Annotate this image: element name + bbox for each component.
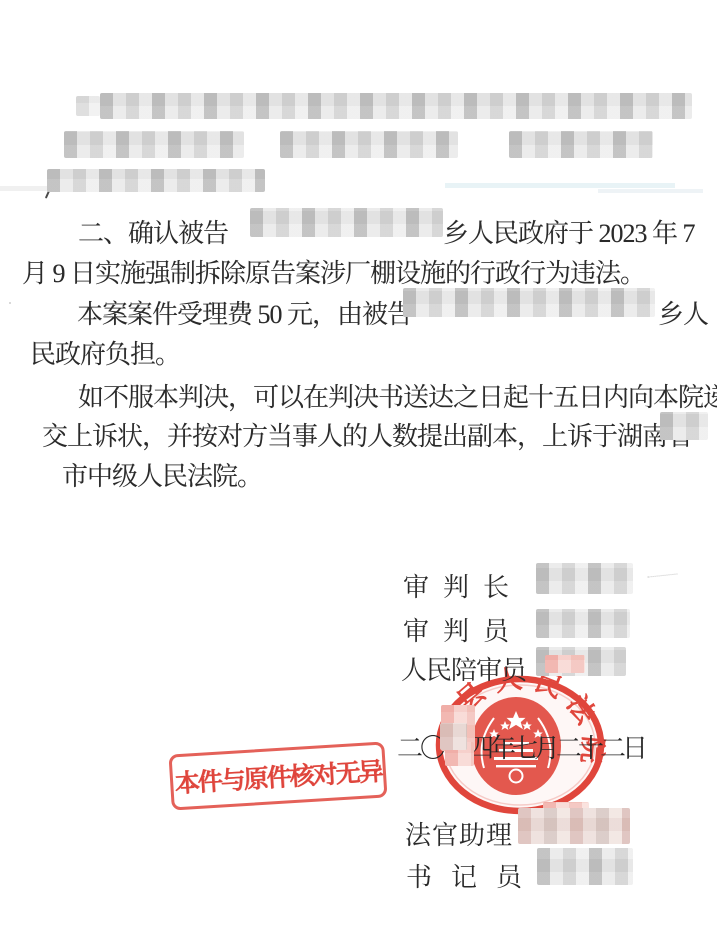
redaction-defendant-name-1 xyxy=(250,208,443,237)
redaction-block-row2a xyxy=(64,131,244,158)
judge-label: 审判员 xyxy=(403,611,523,648)
redaction-assistant-name xyxy=(518,808,630,844)
redaction-judge-name xyxy=(536,609,630,638)
fee-sentence-prefix: 本案案件受理费 50 元，由被告 xyxy=(77,294,412,331)
assistant-judge-label: 法官助理 xyxy=(405,815,513,852)
fee-sentence-suffix: 乡人 xyxy=(658,294,708,331)
presiding-judge-label: 审判长 xyxy=(403,567,523,604)
redaction-date-digit xyxy=(440,723,467,750)
redaction-block-row2c xyxy=(509,131,653,158)
verdict-item2-line2: 月 9 日实施强制拆除原告案涉厂棚设施的行政行为违法。 xyxy=(22,253,645,290)
redaction-city-name xyxy=(660,412,708,440)
judgment-date-suffix: 四年七月二十二日 xyxy=(468,728,644,765)
verification-stamp-text: 本件与原件核对无异 xyxy=(174,752,383,801)
appeal-line1: 如不服本判决，可以在判决书送达之日起十五日内向本院递 xyxy=(78,377,717,414)
scan-streak xyxy=(598,189,703,193)
court-judgment-scan-page: 二、确认被告 乡人民政府于 2023 年 7 月 9 日实施强制拆除原告案涉厂棚… xyxy=(0,0,717,949)
redaction-seal-top-right xyxy=(545,655,585,673)
redaction-block-row3 xyxy=(47,169,265,192)
redaction-block-row1-lead xyxy=(76,96,100,116)
judgment-date-prefix: 二〇 xyxy=(397,728,443,765)
redaction-block-row1 xyxy=(100,93,692,119)
redaction-defendant-name-2 xyxy=(403,288,655,317)
verdict-item2-prefix: 二、确认被告 xyxy=(78,213,228,250)
assessor-label: 人民陪审员 xyxy=(401,650,526,687)
redaction-block-row2b xyxy=(280,131,458,158)
fee-sentence-line2: 民政府负担。 xyxy=(30,334,180,371)
scan-speck xyxy=(9,302,11,304)
verification-stamp: 本件与原件核对无异 xyxy=(168,741,387,810)
appeal-line2: 交上诉状，并按对方当事人的人数提出副本，上诉于湖南省 xyxy=(42,416,692,453)
redaction-presiding-judge-name xyxy=(536,563,633,594)
clerk-label: 书记员 xyxy=(406,857,541,894)
pen-scribble-artifact xyxy=(648,573,679,586)
scan-streak xyxy=(445,183,675,188)
appeal-line3: 市中级人民法院。 xyxy=(62,456,262,493)
verdict-item2-suffix: 乡人民政府于 2023 年 7 xyxy=(443,213,695,250)
redaction-clerk-name xyxy=(537,848,633,885)
